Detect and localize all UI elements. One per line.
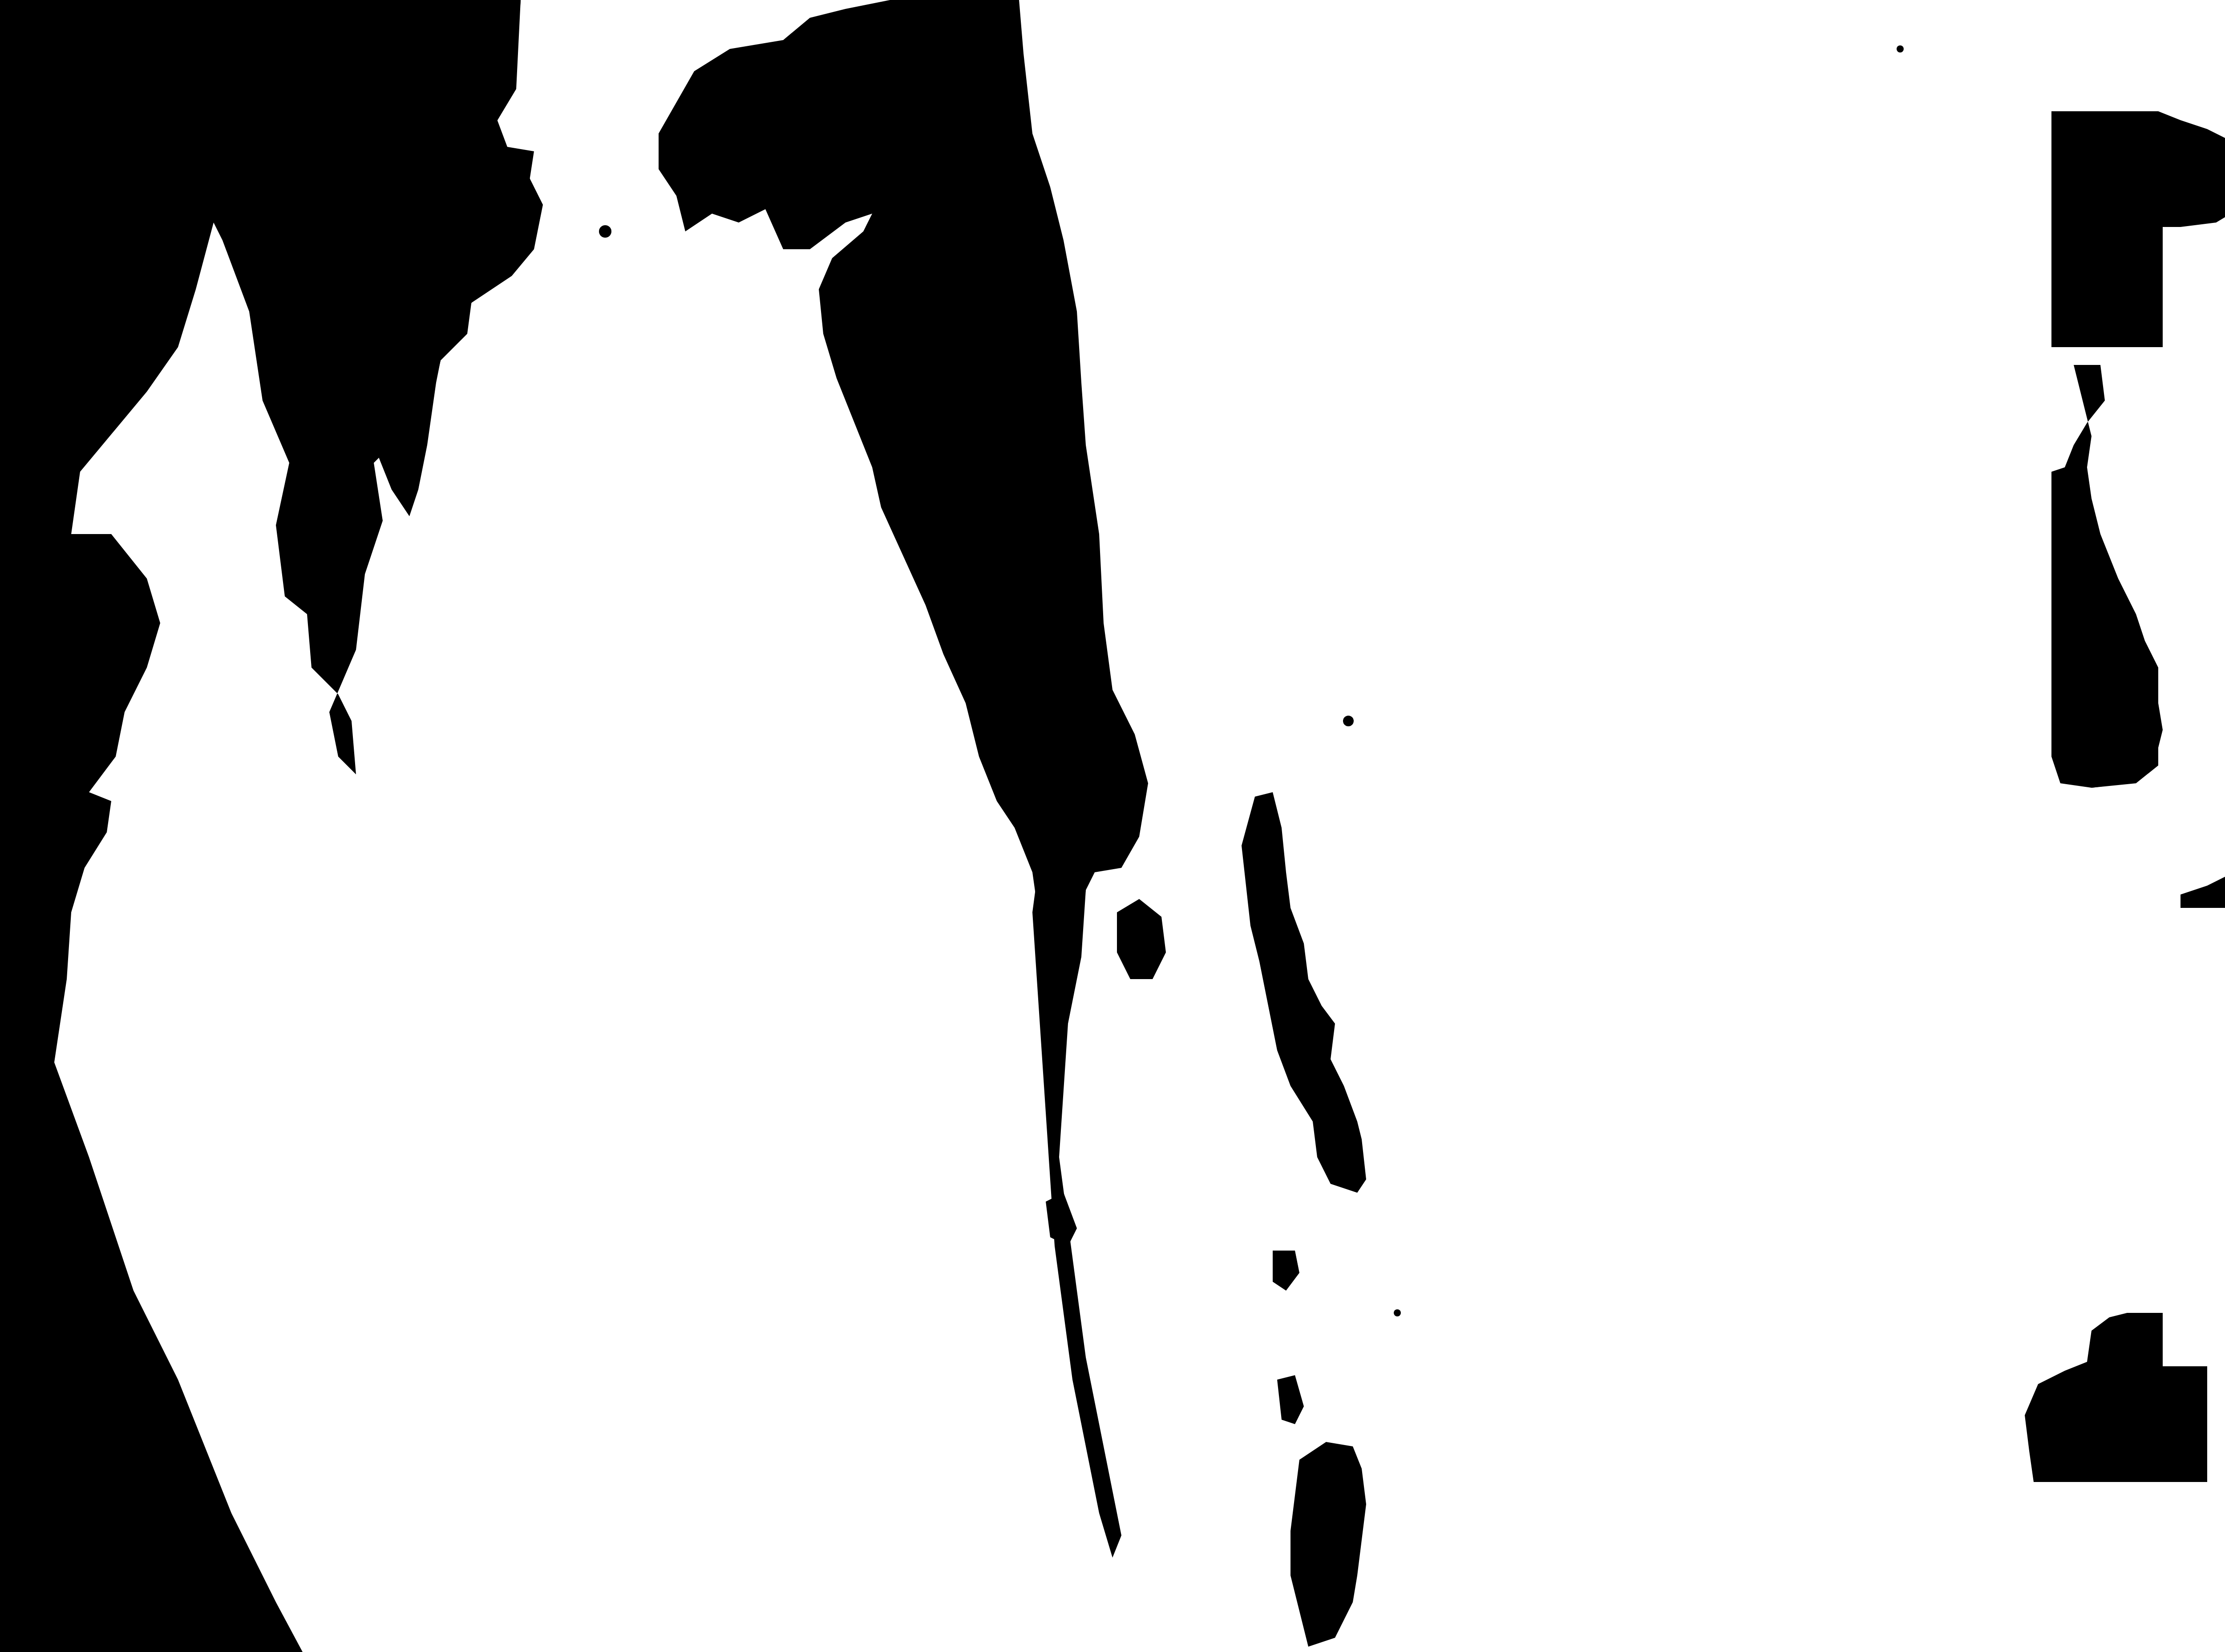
east-islet-2 bbox=[1277, 1375, 1304, 1424]
right-lower-block bbox=[2025, 1313, 2207, 1482]
speck bbox=[1897, 45, 1904, 53]
east-island-chain bbox=[1242, 792, 1366, 1193]
long-southern-spit bbox=[1032, 837, 1121, 1558]
spit-island-2 bbox=[1046, 1193, 1077, 1246]
speck bbox=[1394, 1309, 1401, 1316]
speck bbox=[599, 225, 611, 238]
central-peninsula bbox=[347, 0, 543, 516]
south-east-cluster bbox=[1290, 1442, 1366, 1647]
right-small-bar bbox=[2180, 868, 2225, 908]
spit-island-1 bbox=[1117, 899, 1166, 979]
right-upper-block bbox=[2051, 111, 2225, 347]
speck bbox=[1343, 716, 1354, 726]
segmentation-mask bbox=[0, 0, 2225, 1652]
east-islet-1 bbox=[1273, 1251, 1299, 1291]
